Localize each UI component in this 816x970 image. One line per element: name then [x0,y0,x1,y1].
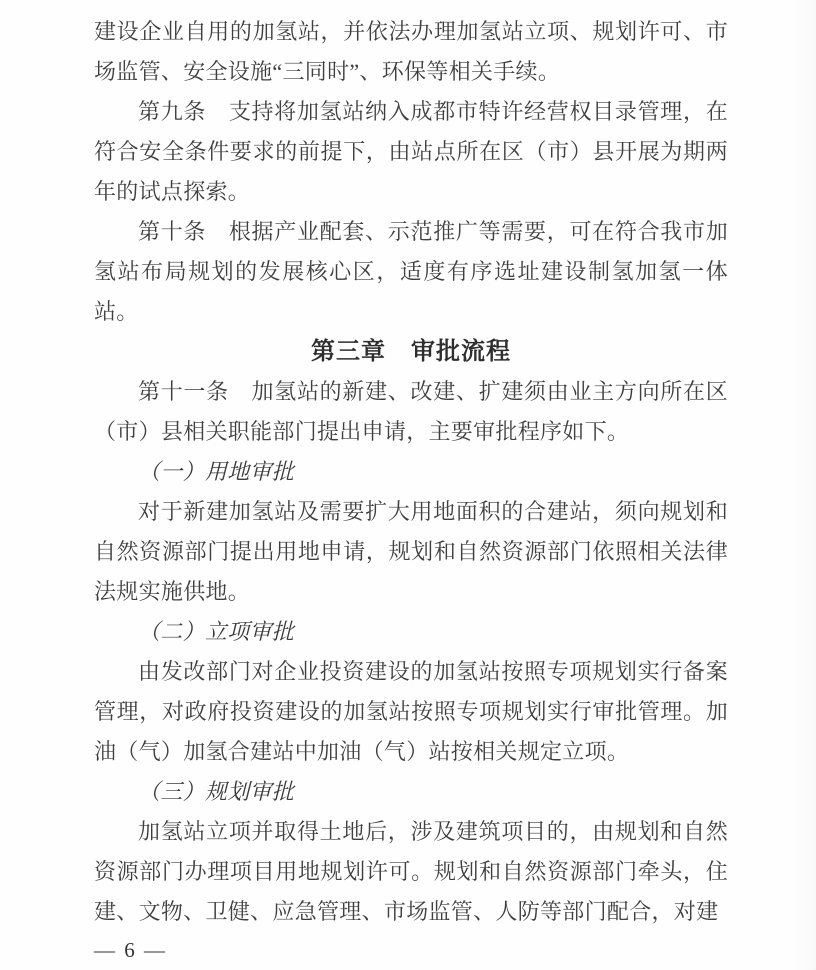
document-content: 建设企业自用的加氢站，并依法办理加氢站立项、规划许可、市场监管、安全设施“三同时… [94,12,728,932]
subsection-1-paragraph: 对于新建加氢站及需要扩大用地面积的合建站，须向规划和自然资源部门提出用地申请，规… [94,492,728,612]
subsection-3-paragraph: 加氢站立项并取得土地后，涉及建筑项目的，由规划和自然资源部门办理项目用地规划许可… [94,812,728,932]
document-page: 建设企业自用的加氢站，并依法办理加氢站立项、规划许可、市场监管、安全设施“三同时… [0,0,816,970]
paragraph-continuation: 建设企业自用的加氢站，并依法办理加氢站立项、规划许可、市场监管、安全设施“三同时… [94,12,728,92]
subsection-heading-1: （一）用地审批 [94,452,728,492]
chapter-heading: 第三章 审批流程 [94,332,728,372]
article-10-paragraph: 第十条 根据产业配套、示范推广等需要，可在符合我市加氢站布局规划的发展核心区，适… [94,212,728,332]
article-11-paragraph: 第十一条 加氢站的新建、改建、扩建须由业主方向所在区（市）县相关职能部门提出申请… [94,372,728,452]
article-9-paragraph: 第九条 支持将加氢站纳入成都市特许经营权目录管理，在符合安全条件要求的前提下，由… [94,92,728,212]
subsection-2-paragraph: 由发改部门对企业投资建设的加氢站按照专项规划实行备案管理，对政府投资建设的加氢站… [94,652,728,772]
subsection-heading-3: （三）规划审批 [94,772,728,812]
page-number: — 6 — [94,938,167,962]
subsection-heading-2: （二）立项审批 [94,612,728,652]
